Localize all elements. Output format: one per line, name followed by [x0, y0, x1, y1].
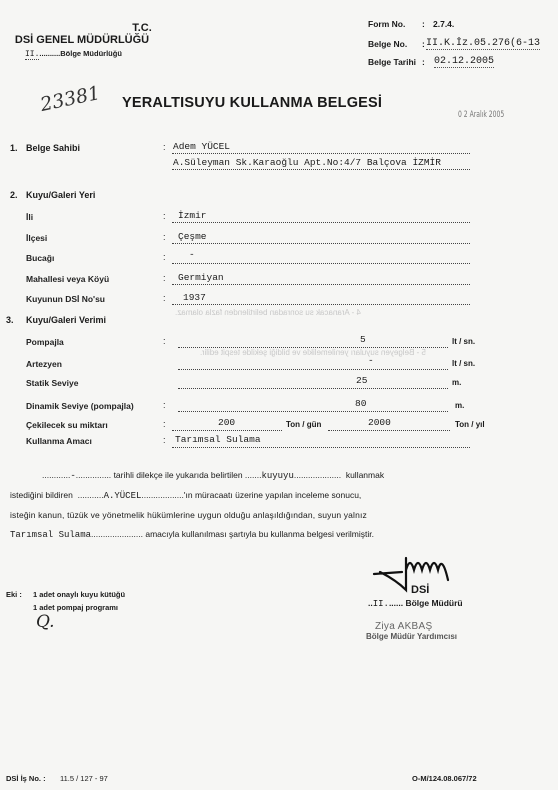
bucak-label: Bucağı [26, 253, 54, 263]
bucak-colon: : [163, 252, 166, 262]
form-no-colon: : [422, 19, 425, 29]
pompajla-label: Pompajla [26, 337, 64, 347]
artezyen-unit: lt / sn. [452, 359, 475, 368]
section1-number: 1. [10, 143, 18, 153]
org-line2: DSİ GENEL MÜDÜRLÜĞÜ [12, 34, 152, 46]
ilce-value: Çeşme [178, 231, 207, 242]
date-dots: ............... [76, 470, 111, 480]
cekilecek-colon: : [163, 419, 166, 429]
section3-label: Kuyu/Galeri Verimi [26, 315, 106, 325]
pompajla-colon: : [163, 336, 166, 346]
dinamik-colon: : [163, 400, 166, 410]
bucak-line [172, 252, 470, 264]
belge-tarihi-label: Belge Tarihi [368, 57, 416, 67]
bleed-through-text: 5 - Belgeyen suyuları yenilemelikle ve b… [200, 348, 426, 357]
section3-number: 3. [6, 315, 14, 325]
dinamik-label: Dinamik Seviye (pompajla) [26, 401, 134, 411]
signature-region-fill: II. [373, 599, 389, 609]
cekilecek-yearly-unit: Ton / yıl [455, 420, 485, 429]
pompajla-unit: lt / sn. [452, 337, 475, 346]
purpose-fill: Tarımsal Sulama [10, 530, 91, 540]
il-label: İli [26, 212, 33, 222]
section1-colon: : [163, 142, 166, 152]
form-no-label: Form No. [368, 19, 405, 29]
cekilecek-yearly-value: 2000 [368, 417, 391, 428]
object-dots: .................... [294, 470, 341, 480]
pompajla-line [178, 336, 448, 348]
statik-unit: m. [452, 378, 461, 387]
cekilecek-daily-unit: Ton / gün [286, 420, 321, 429]
artezyen-line [178, 358, 448, 370]
paragraph-line4: Tarımsal Sulama...................... am… [10, 529, 374, 540]
mahalle-colon: : [163, 273, 166, 283]
ilce-colon: : [163, 232, 166, 242]
attachment-item: 1 adet pompaj programı [33, 603, 118, 612]
org-line1: T.C. [82, 22, 202, 34]
paragraph-text: kullanmak [346, 470, 384, 480]
il-value: İzmir [178, 210, 207, 221]
statik-label: Statik Seviye [26, 378, 78, 388]
object-dots: ....... [245, 470, 262, 480]
region-office: II...........Bölge Müdürlüğü [25, 49, 122, 59]
form-code: O-M/124.08.067/72 [412, 774, 477, 783]
document-page: T.C. DSİ GENEL MÜDÜRLÜĞÜ II...........Bö… [0, 0, 558, 790]
belge-tarihi-value-wrap: 02.12.2005 [434, 55, 494, 67]
kullanma-label: Kullanma Amacı [26, 436, 92, 446]
is-no-value: 11.5 / 127 - 97 [60, 774, 108, 783]
bucak-value: - [189, 249, 195, 260]
cekilecek-daily-value: 200 [218, 417, 235, 428]
artezyen-label: Artezyen [26, 359, 62, 369]
region-suffix: Bölge Müdürlüğü [60, 49, 122, 58]
dsi-no-colon: : [163, 293, 166, 303]
initials-handwritten: Q. [36, 612, 55, 632]
statik-value: 25 [356, 375, 367, 386]
form-no-value: 2.7.4. [433, 19, 454, 29]
bleed-through-text: 4 - Aranacak su sonradan belirtilenden f… [175, 308, 361, 317]
il-colon: : [163, 211, 166, 221]
handwritten-number: 23381 [38, 82, 102, 116]
applicant-fill: A.YÜCEL [104, 491, 142, 501]
dsi-no-line [172, 293, 470, 305]
region-fill: II. [25, 50, 39, 60]
belge-no-value-wrap: II.K.İz.05.276(6-13 [426, 37, 540, 49]
paragraph-text: 'ın müracaatı üzerine yapılan inceleme s… [184, 490, 361, 500]
mahalle-value: Germiyan [178, 272, 224, 283]
owner-name: Adem YÜCEL [173, 141, 230, 152]
ilce-label: İlçesi [26, 233, 47, 243]
signature-title-line: ..II....... Bölge Müdürü [368, 598, 463, 609]
mahalle-label: Mahallesi veya Köyü [26, 274, 109, 284]
belge-no-colon: : [422, 39, 425, 49]
signature-org: DSİ [411, 584, 429, 596]
paragraph-line3: isteğin kanun, tüzük ve yönetmelik hüküm… [10, 510, 367, 520]
dinamik-line [178, 400, 448, 412]
cekilecek-label: Çekilecek su miktarı [26, 420, 108, 430]
section2-number: 2. [10, 190, 18, 200]
applicant-dots: .................. [141, 490, 184, 500]
is-no-label: DSİ İş No. : [6, 774, 46, 783]
dsi-no-label: Kuyunun DSİ No'su [26, 294, 105, 304]
owner-address: A.Süleyman Sk.Karaoğlu Apt.No:4/7 Balçov… [173, 157, 441, 168]
object-fill: kuyuyu [261, 471, 293, 481]
kullanma-value: Tarımsal Sulama [175, 434, 261, 445]
paragraph-text: istediğini bildiren [10, 490, 73, 500]
belge-tarihi-value: 02.12.2005 [434, 56, 494, 68]
artezyen-value: - [368, 355, 374, 366]
attachment-item: 1 adet onaylı kuyu kütüğü [33, 590, 125, 599]
belge-no-label: Belge No. [368, 39, 407, 49]
belge-tarihi-colon: : [422, 57, 425, 67]
il-line [172, 211, 470, 223]
signer-title: Bölge Müdür Yardımcısı [366, 632, 457, 641]
signature-title: Bölge Müdürü [405, 598, 462, 608]
attachments-label: Eki : [6, 590, 22, 599]
paragraph-text: amacıyla kullanılması şartıyla bu kullan… [145, 529, 374, 539]
belge-no-value: II.K.İz.05.276(6-13 [426, 38, 540, 50]
dinamik-unit: m. [455, 401, 464, 410]
paragraph-line2: istediğini bildiren ...........A.YÜCEL..… [10, 490, 361, 501]
purpose-dots: ...................... [91, 529, 143, 539]
pompajla-value: 5 [360, 334, 366, 345]
applicant-dots: ........... [78, 490, 104, 500]
kullanma-colon: : [163, 435, 166, 445]
paragraph-line1: ............-............... tarihli dil… [42, 470, 384, 481]
document-title: YERALTISUYU KULLANMA BELGESİ [122, 95, 382, 111]
dinamik-value: 80 [355, 398, 366, 409]
section2-label: Kuyu/Galeri Yeri [26, 190, 95, 200]
dsi-no-value: 1937 [183, 292, 206, 303]
ilce-line [172, 232, 470, 244]
statik-line [178, 377, 448, 389]
signer-name: Ziya AKBAŞ [375, 621, 432, 632]
paragraph-text: tarihli dilekçe ile yukarıda belirtilen [114, 470, 243, 480]
received-stamp-date: 0 2 Aralık 2005 [458, 110, 504, 120]
date-dots: ............ [42, 470, 70, 480]
section1-label: Belge Sahibi [26, 143, 80, 153]
region-dots: .......... [39, 49, 60, 58]
signature-dots: ...... [389, 598, 406, 608]
